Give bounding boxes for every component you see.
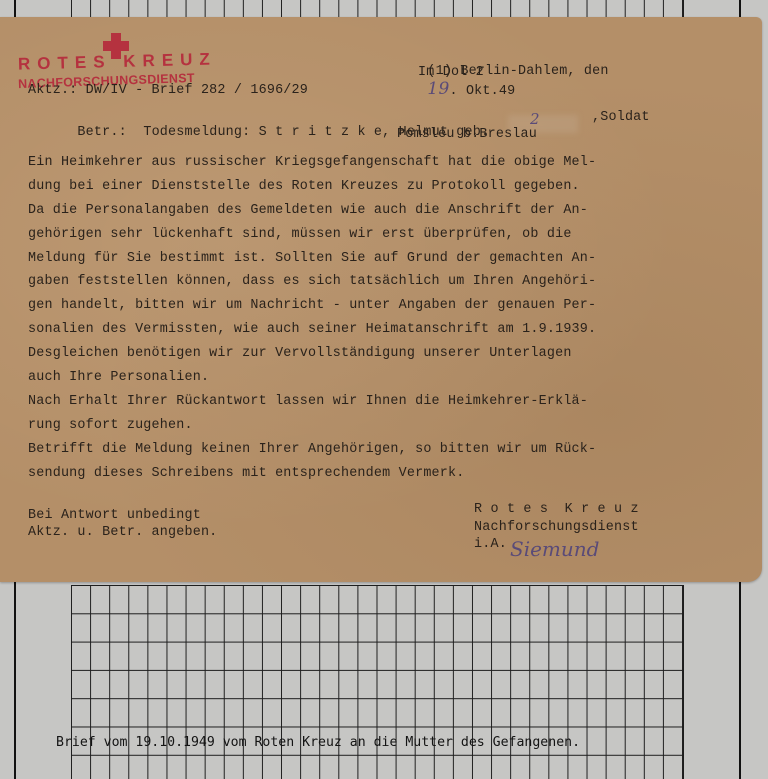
body-line: Ein Heimkehrer aus russischer Kriegsgefa… [28,155,596,170]
page-caption: Brief vom 19.10.1949 vom Roten Kreuz an … [56,735,716,750]
body-line: sonalien des Vermissten, wie auch seiner… [28,322,596,337]
reference-line: Aktz.: DW/IV - Brief 282 / 1696/29 [28,83,308,98]
sender-department: Nachforschungsdienst [474,520,639,535]
footer-note-line: Aktz. u. Betr. angeben. [28,525,217,540]
body-line: Betrifft die Meldung keinen Ihrer Angehö… [28,442,596,457]
red-cross-letter: ROTES KREUZ NACHFORSCHUNGSDIENST (1) Ber… [0,17,762,582]
body-line: dung bei einer Dienststelle des Roten Kr… [28,179,580,194]
sender-ia: i.A. [474,537,507,552]
body-line: Da die Personalangaben des Gemeldeten wi… [28,203,588,218]
body-line: sendung dieses Schreibens mit entspreche… [28,466,465,481]
subject-label: Betr.: [77,125,126,140]
subject-role: ,Soldat [592,110,650,125]
body-line: rung sofort zugehen. [28,418,193,433]
album-page: Brief vom 19.10.1949 vom Roten Kreuz an … [0,0,768,779]
body-line: Nach Erhalt Ihrer Rückantwort lassen wir… [28,394,588,409]
body-line: auch Ihre Personalien. [28,370,209,385]
subject-location: Pomsleu b.Breslau [397,127,537,142]
letterhead-place: (1) Berlin-Dahlem, den 19. Okt.49 [378,49,609,114]
body-line: Desgleichen benötigen wir zur Vervollstä… [28,346,572,361]
body-line: gaben feststellen können, dass es sich t… [28,274,596,289]
handwritten-day: 19 [427,79,449,99]
body-line: gen handelt, bitten wir um Nachricht - u… [28,298,596,313]
date-month-year: . Okt.49 [449,84,515,99]
sender-name: R o t e s K r e u z [474,502,639,517]
address-line: Im Dol 2 [418,65,484,80]
handwritten-birth-mark: 2 [530,110,540,128]
body-line: Meldung für Sie bestimmt ist. Sollten Si… [28,251,596,266]
body-line: gehörigen sehr lückenhaft sind, müssen w… [28,227,572,242]
footer-note-line: Bei Antwort unbedingt [28,508,201,523]
signature: Siemund [510,537,599,561]
